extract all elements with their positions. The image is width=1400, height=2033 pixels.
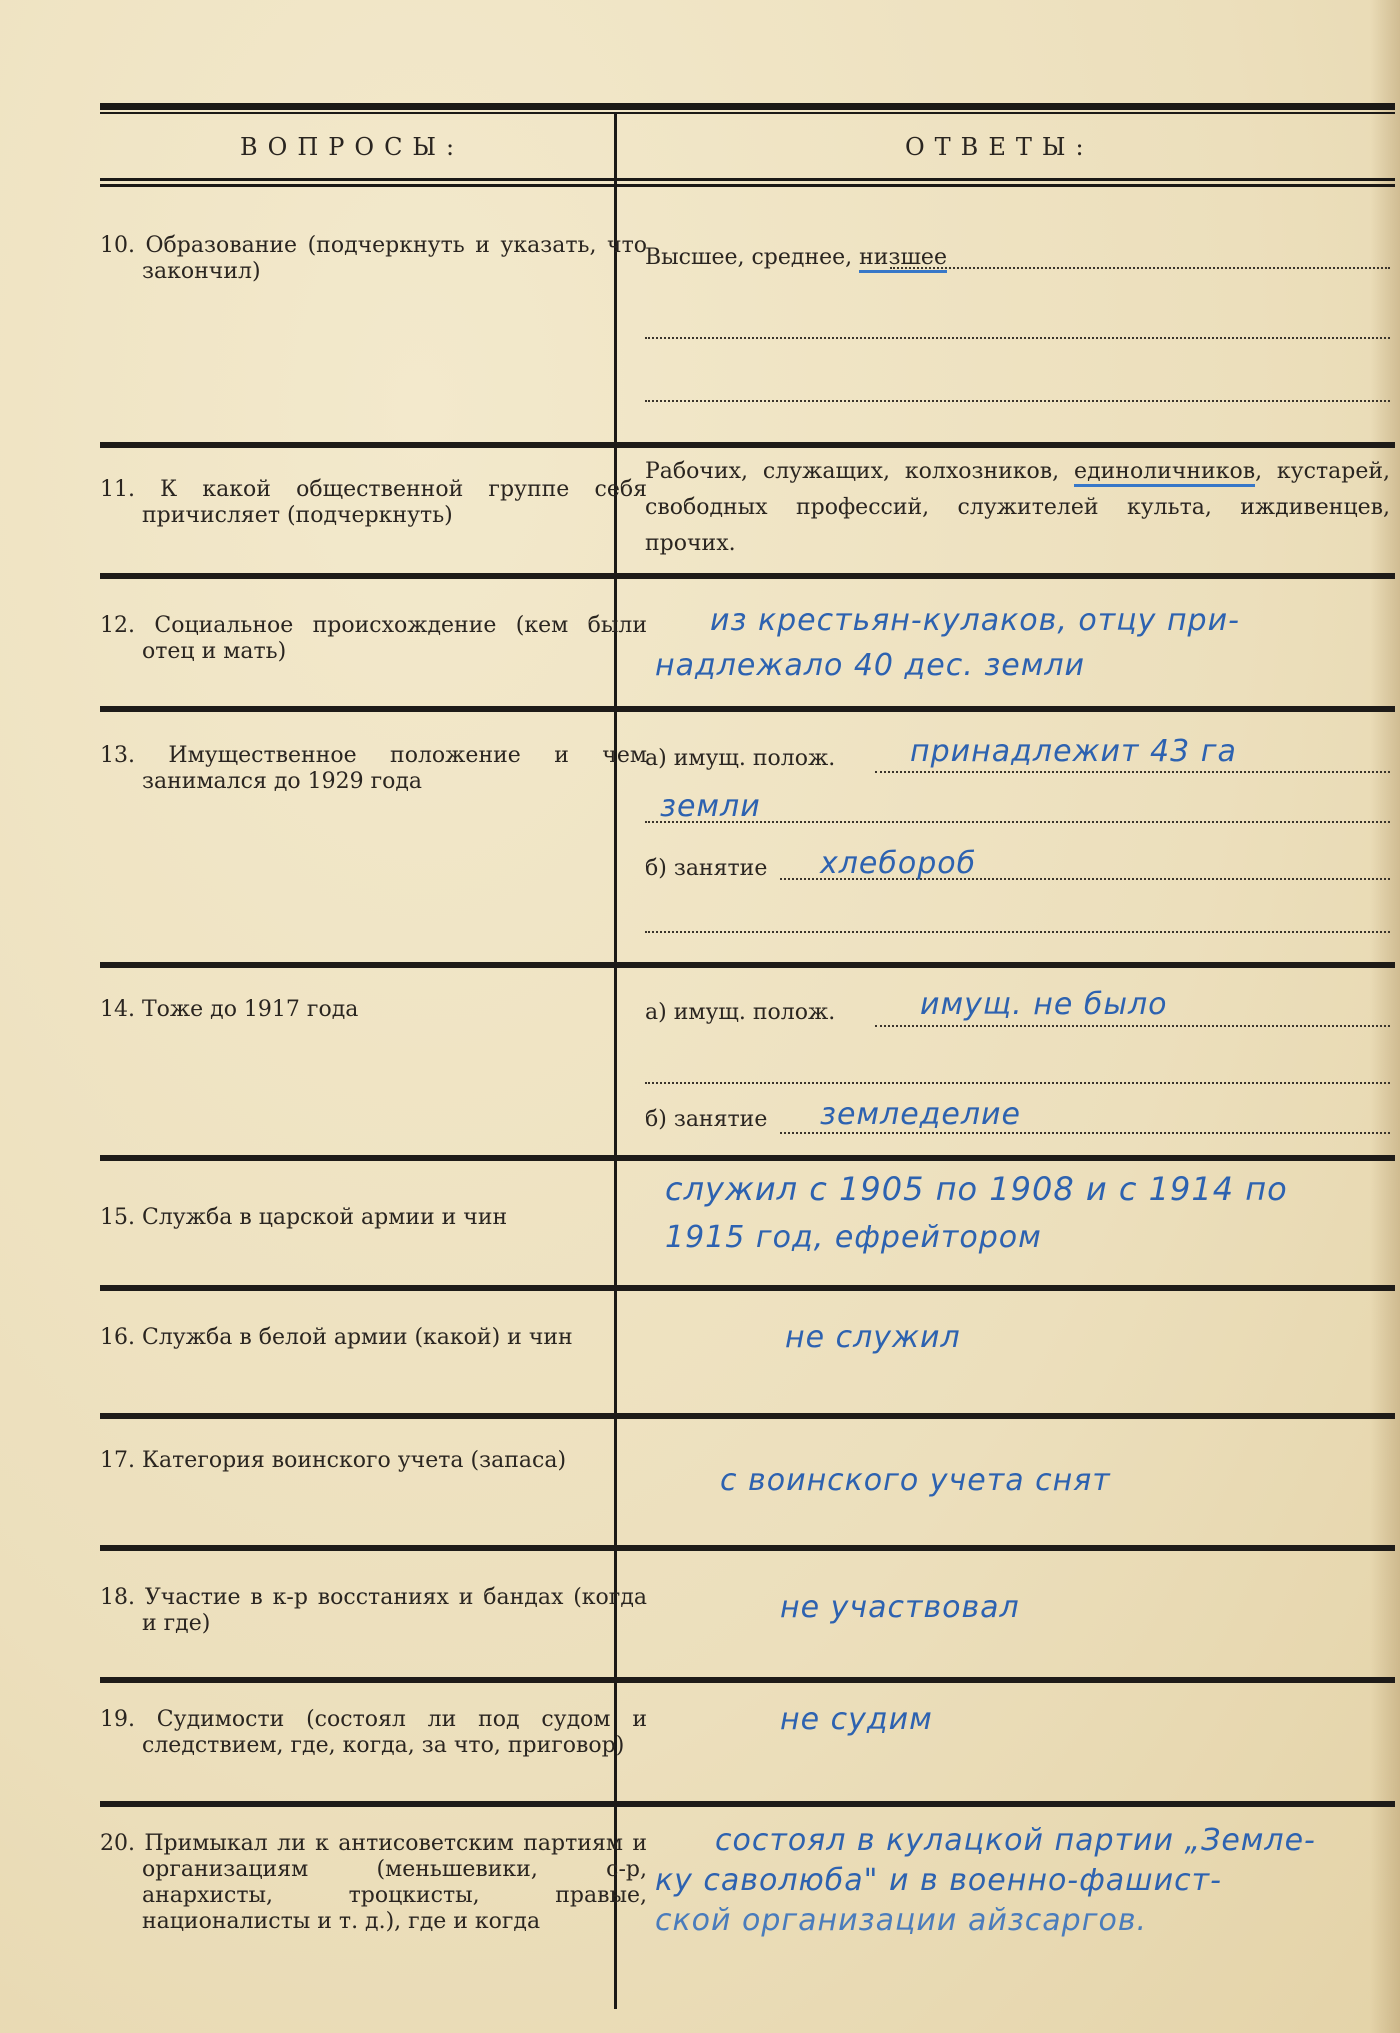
row-14: 14. Тоже до 1917 года а) имущ. полож. им…: [100, 962, 1395, 1155]
row-16: 16. Служба в белой армии (какой) и чин н…: [100, 1285, 1395, 1413]
question-14: 14. Тоже до 1917 года: [100, 997, 647, 1023]
row-18: 18. Участие в к-р восстаниях и бандах (к…: [100, 1545, 1395, 1677]
row-separator: [100, 1413, 1395, 1419]
dotted-line: [645, 337, 1390, 339]
row-separator: [100, 706, 1395, 712]
row-15: 15. Служба в царской армии и чин служил …: [100, 1155, 1395, 1285]
answer-19[interactable]: не судим: [780, 1702, 933, 1737]
row-12: 12. Социальное происхождение (кем были о…: [100, 573, 1395, 706]
row-20: 20. Примыкал ли к антисоветским партиям …: [100, 1801, 1395, 2011]
answer-14b-label: б) занятие: [645, 1107, 767, 1132]
row-separator: [100, 1545, 1395, 1551]
answer-17[interactable]: с воинского учета снят: [720, 1463, 1111, 1498]
question-11: 11. К какой общественной группе себя при…: [100, 477, 647, 529]
answers-header: ОТВЕТЫ:: [905, 133, 1094, 161]
answer-12-line2[interactable]: надлежало 40 дес. земли: [655, 648, 1085, 683]
row-19: 19. Судимости (состоял ли под судом и сл…: [100, 1677, 1395, 1801]
question-17: 17. Категория воинского учета (запаса): [100, 1448, 647, 1474]
answer-14a-label: а) имущ. полож.: [645, 1000, 835, 1025]
dotted-line: [645, 1082, 1390, 1084]
row-separator: [100, 962, 1395, 968]
dotted-line: [780, 1132, 1390, 1134]
dotted-line: [890, 267, 1390, 269]
answer-10-printed: Высшее, среднее,: [645, 245, 859, 270]
question-16: 16. Служба в белой армии (какой) и чин: [100, 1325, 647, 1351]
question-12: 12. Социальное происхождение (кем были о…: [100, 613, 647, 665]
answer-18[interactable]: не участвовал: [780, 1590, 1020, 1625]
dotted-line: [875, 1025, 1390, 1027]
answer-13a-value[interactable]: принадлежит 43 га: [910, 734, 1237, 769]
dotted-line: [645, 931, 1390, 933]
dotted-line: [875, 771, 1390, 773]
question-20: 20. Примыкал ли к антисоветским партиям …: [100, 1831, 647, 1935]
top-rule: [100, 103, 1395, 110]
answer-13a-value-cont[interactable]: земли: [660, 789, 761, 824]
row-17: 17. Категория воинского учета (запаса) с…: [100, 1413, 1395, 1545]
row-10: 10. Образование (подчеркнуть и указать, …: [100, 187, 1395, 442]
row-separator: [100, 1801, 1395, 1807]
top-rule-thin: [100, 112, 1395, 114]
answer-13b-value[interactable]: хлебороб: [820, 846, 976, 881]
answer-20-line3[interactable]: ской организации айзсаргов.: [655, 1903, 1147, 1938]
answer-11-selected: единоличников: [1074, 459, 1255, 487]
answer-20-line1[interactable]: состоял в кулацкой партии „Земле-: [715, 1823, 1316, 1858]
question-18: 18. Участие в к-р восстаниях и бандах (к…: [100, 1585, 647, 1637]
answer-16[interactable]: не служил: [785, 1320, 961, 1355]
answer-14b-value[interactable]: земледелие: [820, 1097, 1021, 1132]
answer-11-options[interactable]: Рабочих, служащих, колхозников, единолич…: [645, 454, 1390, 562]
question-13: 13. Имущественное положение и чем занима…: [100, 743, 647, 795]
answer-20-line2[interactable]: ку саволюба" и в военно-фашист-: [655, 1863, 1222, 1898]
answer-13b-label: б) занятие: [645, 856, 767, 881]
questions-header: ВОПРОСЫ:: [240, 133, 464, 161]
question-15: 15. Служба в царской армии и чин: [100, 1205, 647, 1231]
row-separator: [100, 1155, 1395, 1161]
row-separator: [100, 1677, 1395, 1683]
row-11: 11. К какой общественной группе себя при…: [100, 442, 1395, 573]
answer-12-line1[interactable]: из крестьян-кулаков, отцу при-: [710, 603, 1240, 638]
answer-11-printed-pre: Рабочих, служащих, колхозников,: [645, 459, 1074, 484]
row-separator: [100, 1285, 1395, 1291]
question-10: 10. Образование (подчеркнуть и указать, …: [100, 233, 647, 285]
answer-13a-label: а) имущ. полож.: [645, 746, 835, 771]
row-separator: [100, 442, 1395, 448]
answer-15-line2[interactable]: 1915 год, ефрейтором: [665, 1220, 1042, 1255]
dotted-line: [645, 400, 1390, 402]
answer-14a-value[interactable]: имущ. не было: [920, 987, 1168, 1022]
row-13: 13. Имущественное положение и чем занима…: [100, 706, 1395, 962]
header-rule-1: [100, 178, 1395, 181]
row-separator: [100, 573, 1395, 579]
question-19: 19. Судимости (состоял ли под судом и сл…: [100, 1707, 647, 1759]
answer-15-line1[interactable]: служил с 1905 по 1908 и с 1914 по: [665, 1170, 1288, 1208]
